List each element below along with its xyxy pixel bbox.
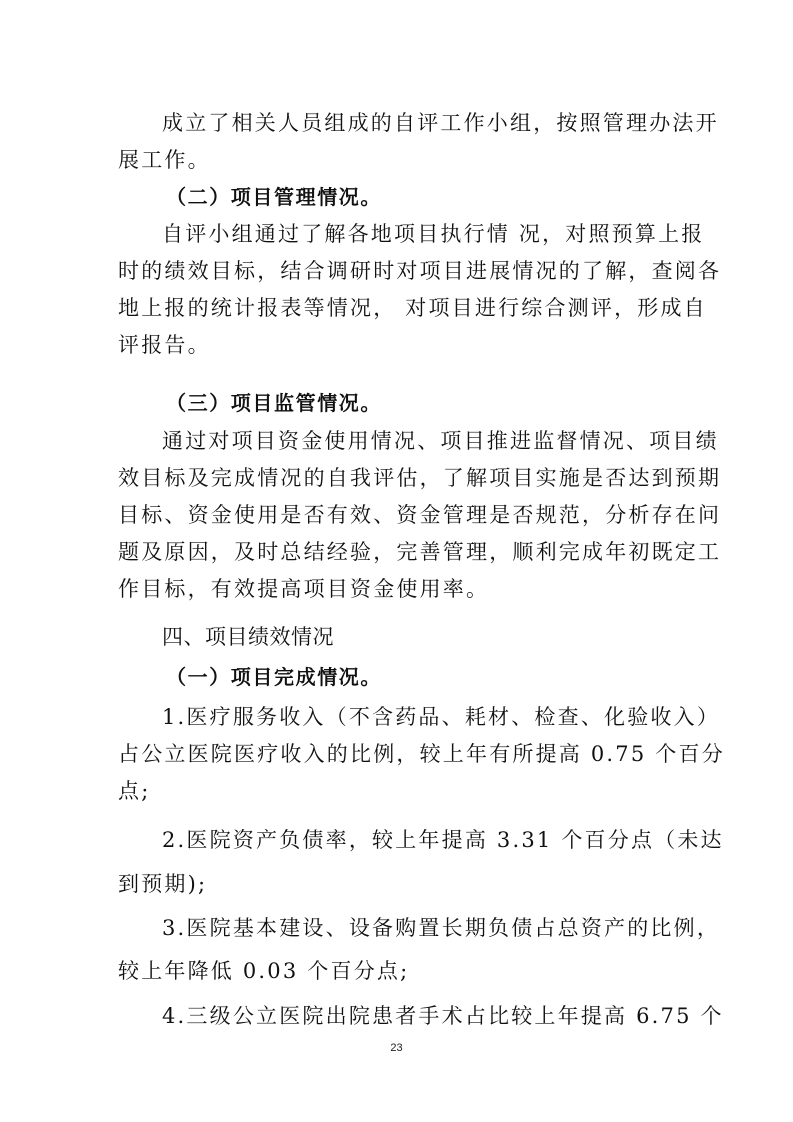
section-heading: （二）项目管理情况。: [166, 184, 382, 210]
text-line: 评报告。: [118, 332, 674, 358]
text-line: 1.医疗服务收入（不含药品、耗材、检查、化验收入）: [162, 704, 674, 730]
document-page: 成立了相关人员组成的自评工作小组，按照管理办法开展工作。（二）项目管理情况。自评…: [0, 0, 793, 1122]
text-line: 时的绩效目标，结合调研时对项目进展情况的了解，查阅各: [118, 258, 674, 284]
text-line: 题及原因，及时总结经验，完善管理，顺利完成年初既定工: [118, 539, 674, 565]
text-line: 展工作。: [118, 147, 674, 173]
text-line: 通过对项目资金使用情况、项目推进监督情况、项目绩: [162, 428, 674, 454]
text-line: 3.医院基本建设、设备购置长期负债占总资产的比例，: [162, 915, 674, 941]
text-line: 目标、资金使用是否有效、资金管理是否规范，分析存在问: [118, 502, 674, 528]
text-line: 较上年降低 0.03 个百分点;: [118, 958, 674, 984]
text-line: 到预期);: [118, 871, 674, 897]
text-line: 地上报的统计报表等情况， 对项目进行综合测评，形成自: [118, 295, 674, 321]
text-line: 效目标及完成情况的自我评估，了解项目实施是否达到预期: [118, 465, 674, 491]
page-number: 23: [0, 1042, 793, 1054]
section-heading: （一）项目完成情况。: [166, 664, 382, 690]
text-line: 自评小组通过了解各地项目执行情 况，对照预算上报: [162, 221, 674, 247]
text-line: 占公立医院医疗收入的比例，较上年有所提高 0.75 个百分: [118, 741, 674, 767]
text-line: 成立了相关人员组成的自评工作小组，按照管理办法开: [162, 110, 674, 136]
text-line: 4.三级公立医院出院患者手术占比较上年提高 6.75 个: [162, 1003, 674, 1029]
text-line: 2.医院资产负债率，较上年提高 3.31 个百分点（未达: [162, 827, 674, 853]
text-line: 点;: [118, 778, 674, 804]
section-heading: 四、项目绩效情况: [162, 624, 334, 650]
text-line: 作目标，有效提高项目资金使用率。: [118, 576, 674, 602]
section-heading: （三）项目监管情况。: [166, 390, 382, 416]
